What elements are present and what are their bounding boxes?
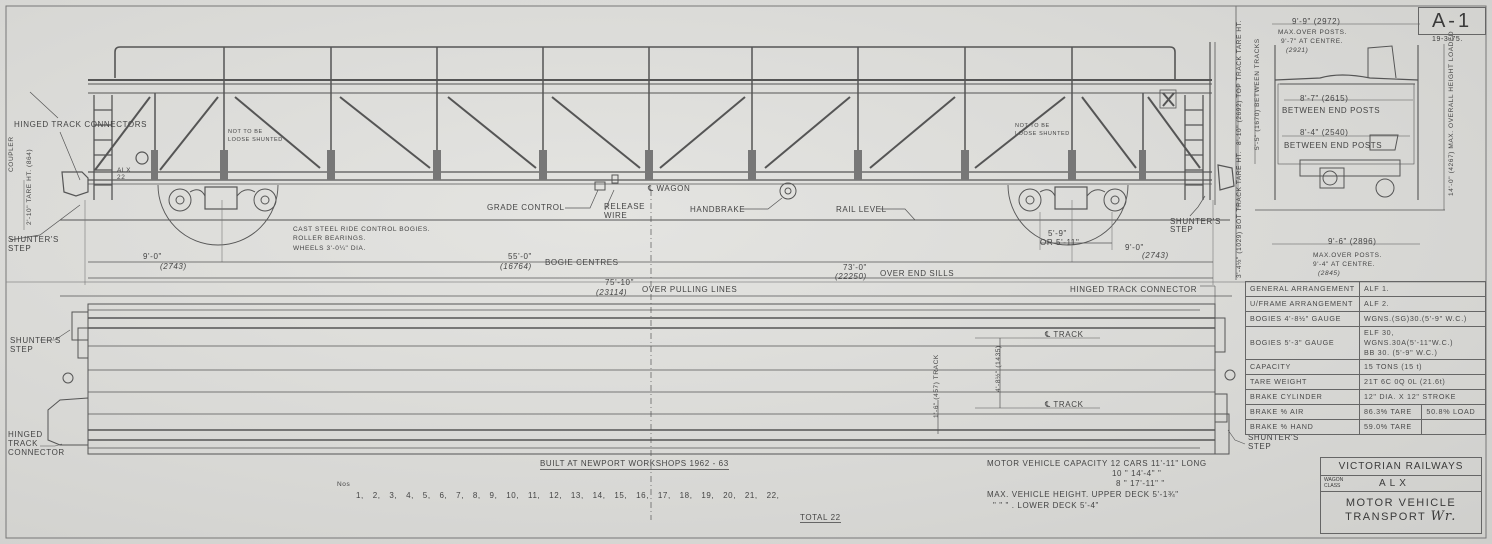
- spec-label: BRAKE % HAND: [1246, 420, 1360, 435]
- spec-label: BRAKE CYLINDER: [1246, 390, 1360, 405]
- spec-label: BOGIES 4'-8½" GAUGE: [1246, 312, 1360, 327]
- label-coupler-height: 2'-10" TARE HT. (864): [26, 149, 33, 225]
- spec-value: 12" DIA. X 12" STROKE: [1360, 390, 1486, 405]
- spec-value-empty: [1422, 420, 1486, 435]
- description-line2-text: TRANSPORT: [1345, 511, 1426, 523]
- note-total: TOTAL 22: [800, 513, 841, 523]
- spec-value-2: 50.8% LOAD: [1422, 405, 1486, 420]
- spec-value-line1: ELF 30, WGNS.30A(5'-11"W.C.): [1364, 328, 1481, 348]
- spec-row: BOGIES 5'-3" GAUGEELF 30, WGNS.30A(5'-11…: [1246, 327, 1486, 360]
- spec-label: CAPACITY: [1246, 360, 1360, 375]
- label-hinged-track-connectors: HINGED TRACK CONNECTORS: [14, 120, 147, 129]
- end-top-note-3: (2921): [1286, 47, 1308, 54]
- drawing-sheet: HINGED TRACK CONNECTORS COUPLER 2'-10" T…: [0, 0, 1492, 544]
- dim-over-end-sills-mm: (22250): [835, 272, 867, 281]
- bogies-note-2: ROLLER BEARINGS.: [293, 235, 366, 242]
- dim-end-overhang-left-mm: (2743): [160, 262, 187, 271]
- title-block: VICTORIAN RAILWAYS WAGON CLASS ALX MOTOR…: [1320, 457, 1482, 534]
- dim-end-overhang-right-mm: (2743): [1142, 251, 1169, 260]
- plan-view: [40, 286, 1245, 454]
- end-upper-between-label: BETWEEN END POSTS: [1282, 106, 1380, 115]
- label-grade-control: GRADE CONTROL: [487, 203, 565, 212]
- spec-label: BOGIES 5'-3" GAUGE: [1246, 327, 1360, 360]
- sheet-border: [6, 6, 1486, 538]
- end-upper-between-posts: 8'-7" (2615): [1300, 94, 1348, 103]
- sheet-number: A-1: [1418, 7, 1486, 35]
- label-centre-wagon: ℄ WAGON: [648, 184, 690, 193]
- spec-row: CAPACITY15 TONS (15 t): [1246, 360, 1486, 375]
- note-capacity-1: MOTOR VEHICLE CAPACITY 12 CARS 11'-11" L…: [987, 459, 1207, 468]
- note-capacity-2: 10 " 14'-4" ": [1112, 469, 1161, 478]
- label-track-2: ℄ TRACK: [1045, 400, 1084, 409]
- spec-row: BRAKE % AIR86.3% TARE50.8% LOAD: [1246, 405, 1486, 420]
- dim-over-pulling-lines: 75'-10": [605, 278, 634, 287]
- spec-value: WGNS.(SG)30.(5'-9" W.C.): [1360, 312, 1486, 327]
- dim-over-pulling-lines-mm: (23114): [596, 288, 627, 297]
- description: MOTOR VEHICLE TRANSPORT Wr.: [1321, 492, 1481, 524]
- drawing-linework: [0, 0, 1492, 544]
- dim-over-pulling-lines-label: OVER PULLING LINES: [642, 285, 737, 294]
- wagon-class-label: WAGON CLASS: [1324, 477, 1344, 489]
- label-not-loose-shunted-2: NOT TO BE LOOSE SHUNTED: [1015, 122, 1070, 138]
- spec-value: ALF 1.: [1360, 282, 1486, 297]
- end-between-tracks: 5'-5" (1670) BETWEEN TRACKS: [1254, 38, 1261, 150]
- end-top-width: 9'-9" (2972): [1292, 17, 1340, 26]
- sheet-date: 19-3-75.: [1432, 36, 1463, 43]
- spec-value: ALF 2.: [1360, 297, 1486, 312]
- label-handbrake: HANDBRAKE: [690, 205, 745, 214]
- dim-over-end-sills-label: OVER END SILLS: [880, 269, 954, 278]
- end-lower-between-label: BETWEEN END POSTS: [1284, 141, 1382, 150]
- label-release-wire: RELEASE WIRE: [604, 202, 644, 220]
- description-line2: TRANSPORT Wr.: [1321, 510, 1481, 524]
- dim-track-gauge: 4'-8½" (1435): [995, 345, 1002, 392]
- label-track-1: ℄ TRACK: [1045, 330, 1084, 339]
- end-top-note-1: MAX.OVER POSTS.: [1278, 29, 1347, 36]
- dim-wheelbase-alt: OR 5'-11": [1040, 238, 1079, 247]
- spec-value-line2: BB 30. (5'-9" W.C.): [1364, 348, 1481, 358]
- bogie-right: [1008, 185, 1128, 245]
- label-not-loose-shunted-1: NOT TO BE LOOSE SHUNTED: [228, 128, 283, 144]
- spec-row: U/FRAME ARRANGEMENTALF 2.: [1246, 297, 1486, 312]
- spec-label: GENERAL ARRANGEMENT: [1246, 282, 1360, 297]
- dim-end-overhang-left: 9'-0": [143, 252, 162, 261]
- spec-label: TARE WEIGHT: [1246, 375, 1360, 390]
- spec-value: 15 TONS (15 t): [1360, 360, 1486, 375]
- label-plan-shunters-step-left: SHUNTER'S STEP: [10, 336, 55, 354]
- end-lower-between-posts: 8'-4" (2540): [1300, 128, 1348, 137]
- label-shunters-step-right: SHUNTER'S STEP: [1170, 218, 1215, 234]
- end-bottom-note-2: 9'-4" AT CENTRE.: [1313, 261, 1375, 268]
- note-numbers: 1, 2, 3, 4, 5, 6, 7, 8, 9, 10, 11, 12, 1…: [356, 491, 780, 500]
- dim-bogie-centres-mm: (16764): [500, 262, 532, 271]
- label-plan-shunters-step-right: SHUNTER'S STEP: [1248, 433, 1293, 451]
- end-bot-track-tare-ht: 3'-4½" (1029) BOT TRACK TARE HT.: [1236, 151, 1243, 278]
- spec-row: BOGIES 4'-8½" GAUGEWGNS.(SG)30.(5'-9" W.…: [1246, 312, 1486, 327]
- spec-label: BRAKE % AIR: [1246, 405, 1360, 420]
- dim-bogie-centres-label: BOGIE CENTRES: [545, 258, 619, 267]
- dim-bogie-centres: 55'-0": [508, 252, 532, 261]
- spec-row: GENERAL ARRANGEMENTALF 1.: [1246, 282, 1486, 297]
- wagon-class-row: WAGON CLASS ALX: [1321, 476, 1481, 492]
- specification-table: GENERAL ARRANGEMENTALF 1. U/FRAME ARRANG…: [1245, 281, 1486, 435]
- end-bottom-width: 9'-6" (2896): [1328, 237, 1376, 246]
- note-numbers-label: Nos: [337, 481, 350, 488]
- note-capacity-3: 8 " 17'-11" ": [1116, 479, 1165, 488]
- signature: Wr.: [1431, 509, 1457, 524]
- spec-row: TARE WEIGHT21T 6C 0Q 0L (21.6t): [1246, 375, 1486, 390]
- spec-row: BRAKE % HAND59.0% TARE: [1246, 420, 1486, 435]
- note-height-lower: " " " . LOWER DECK 5'-4": [993, 501, 1099, 510]
- note-height-upper: MAX. VEHICLE HEIGHT. UPPER DECK 5'-1¾": [987, 490, 1179, 499]
- organisation: VICTORIAN RAILWAYS: [1321, 458, 1481, 476]
- end-bottom-note-3: (2845): [1318, 270, 1340, 277]
- label-rail-level: RAIL LEVEL: [836, 205, 887, 214]
- dim-track-centres: 1'-6" (457) TRACK: [933, 354, 940, 418]
- end-top-note-2: 9'-7" AT CENTRE.: [1281, 38, 1343, 45]
- label-plan-hinged-track-connector-left: HINGED TRACK CONNECTOR: [8, 430, 58, 457]
- spec-value: 86.3% TARE: [1360, 405, 1422, 420]
- dim-wheelbase: 5'-9": [1048, 229, 1067, 238]
- bogie-left: [158, 185, 278, 245]
- spec-row: BRAKE CYLINDER12" DIA. X 12" STROKE: [1246, 390, 1486, 405]
- end-top-track-tare-ht: 8'-10" (2692) TOP TRACK TARE HT.: [1236, 20, 1243, 145]
- label-hinged-track-connector-right: HINGED TRACK CONNECTOR: [1070, 285, 1197, 294]
- label-shunters-step-left: SHUNTER'S STEP: [8, 235, 58, 253]
- description-line1: MOTOR VEHICLE: [1321, 496, 1481, 510]
- end-overall-height: 14'-0" (4267) MAX. OVERALL HEIGHT LOADED: [1448, 31, 1455, 196]
- bogies-note-1: CAST STEEL RIDE CONTROL BOGIES.: [293, 226, 430, 233]
- dim-over-end-sills: 73'-0": [843, 263, 867, 272]
- label-coupler: COUPLER: [8, 136, 15, 172]
- label-wagon-code: ALX 22: [117, 167, 133, 181]
- spec-value: 21T 6C 0Q 0L (21.6t): [1360, 375, 1486, 390]
- spec-value: ELF 30, WGNS.30A(5'-11"W.C.)BB 30. (5'-9…: [1360, 327, 1486, 360]
- note-built: BUILT AT NEWPORT WORKSHOPS 1962 - 63: [540, 459, 729, 470]
- bogies-note-3: WHEELS 3'-0¼" DIA.: [293, 245, 366, 252]
- end-bottom-note-1: MAX.OVER POSTS.: [1313, 252, 1382, 259]
- wagon-class: ALX: [1379, 476, 1410, 491]
- spec-label: U/FRAME ARRANGEMENT: [1246, 297, 1360, 312]
- spec-value: 59.0% TARE: [1360, 420, 1422, 435]
